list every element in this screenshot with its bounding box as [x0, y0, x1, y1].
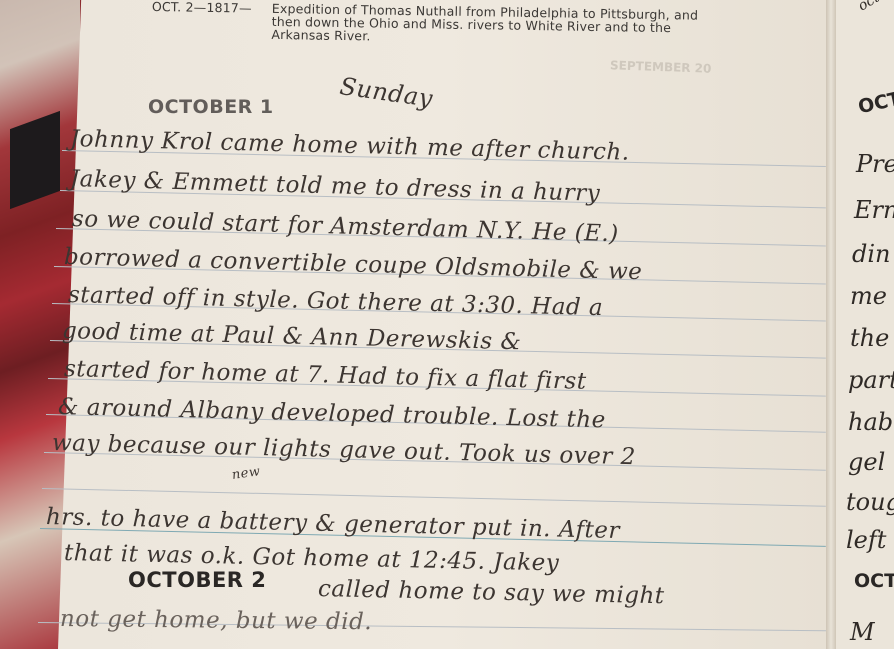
book-gutter	[826, 0, 836, 649]
next-page-edge: oct OCT Pre Ern din me the part hab gel …	[836, 0, 894, 649]
next-page-line: M	[850, 618, 875, 646]
date-heading-october-2: OCTOBER 2	[128, 568, 266, 592]
next-page-line: din	[852, 240, 891, 268]
next-page-bottom-date-heading: OCT	[854, 570, 894, 592]
next-page-line: left	[846, 526, 886, 554]
next-page-line: me	[850, 282, 887, 310]
next-page-line: gel	[848, 448, 885, 476]
next-page-line: the	[850, 324, 889, 352]
next-page-line: Pre	[856, 150, 894, 178]
next-page-line: toug	[846, 488, 894, 516]
entry-line: not get home, but we did.	[60, 606, 372, 635]
historical-note-date: OCT. 2—1817—	[152, 0, 272, 15]
next-page-line: hab	[848, 408, 893, 436]
date-heading-october-1: OCTOBER 1	[148, 96, 274, 118]
next-page-date-heading: OCT	[856, 88, 894, 118]
next-page-line: part	[848, 366, 894, 394]
next-page-fragment: oct	[855, 0, 882, 14]
next-page-line: Ern	[854, 196, 894, 224]
